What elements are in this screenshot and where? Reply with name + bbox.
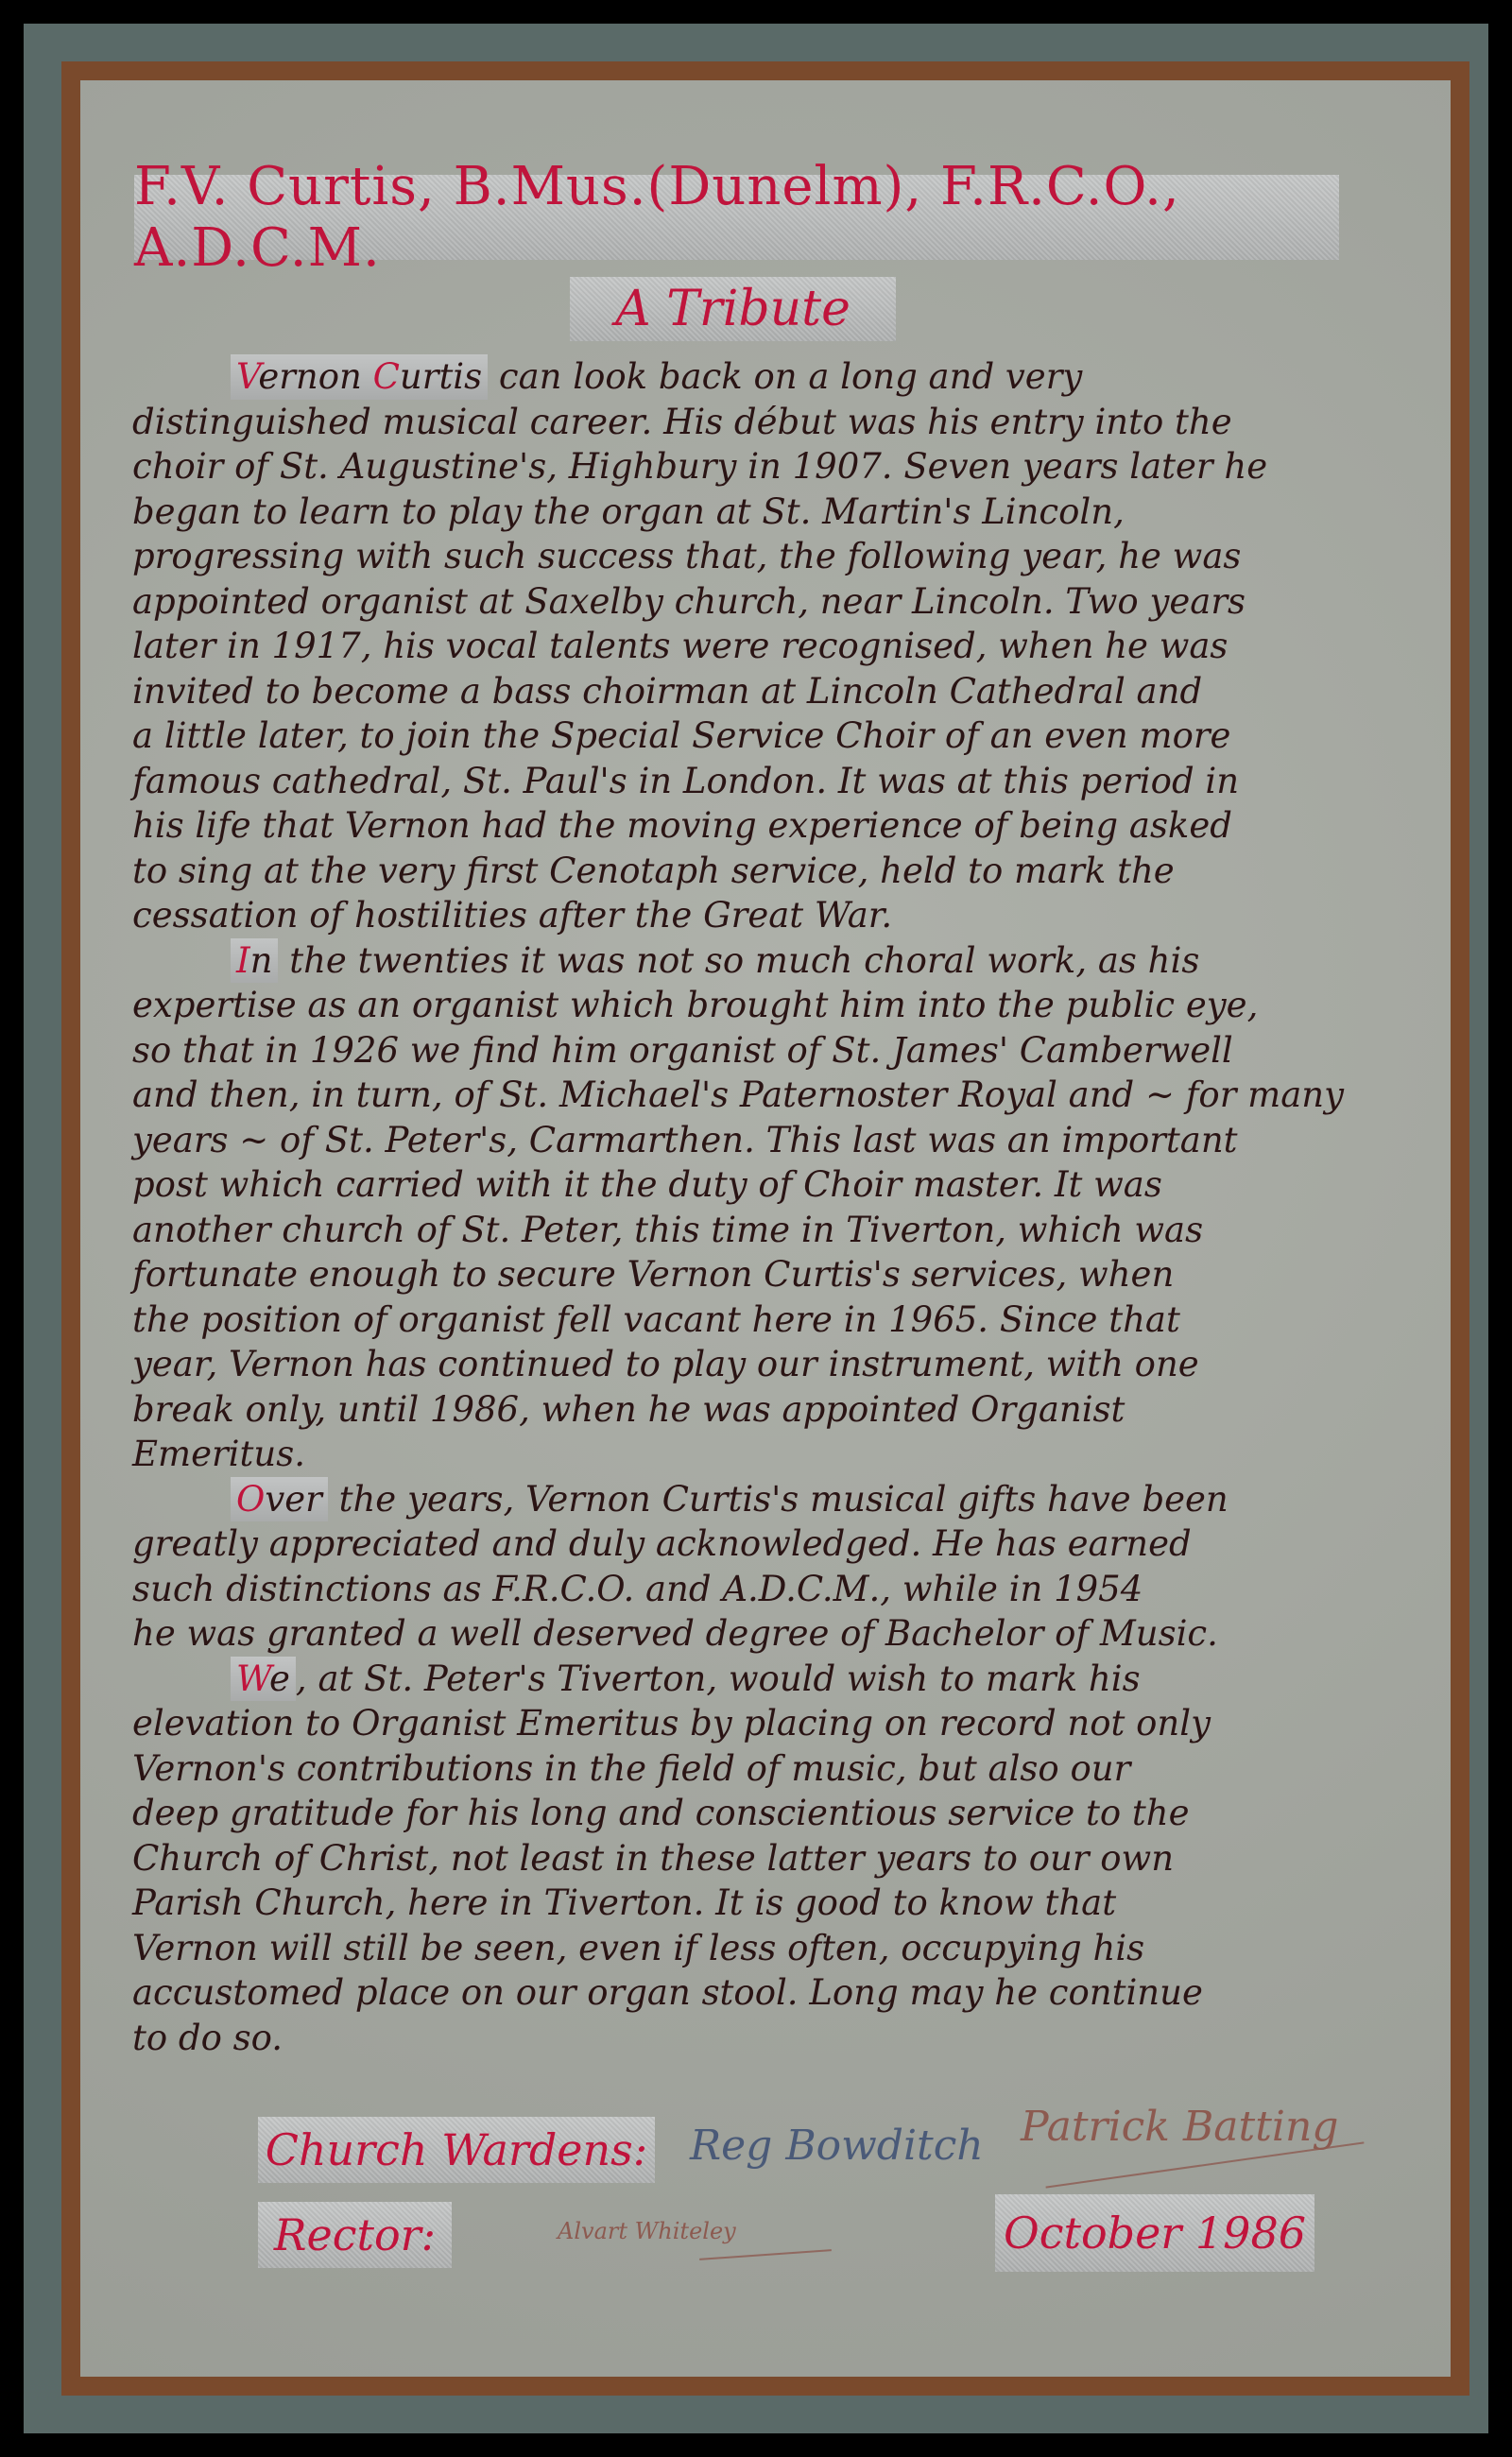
drop-cap: I <box>236 940 250 981</box>
text-line: began to learn to play the organ at St. … <box>132 490 1399 535</box>
text-line: Vernon will still be seen, even if less … <box>132 1926 1399 1971</box>
text-line: break only, until 1986, when he was appo… <box>132 1387 1399 1433</box>
lead-text: ver <box>265 1479 322 1520</box>
text-line: elevation to Organist Emeritus by placin… <box>132 1701 1399 1746</box>
illuminated-lead: In <box>231 938 278 984</box>
text-line: the position of organist fell vacant her… <box>132 1297 1399 1343</box>
lead-text: ernon <box>258 356 372 397</box>
text-line: another church of St. Peter, this time i… <box>132 1208 1399 1253</box>
text-line: appointed organist at Saxelby church, ne… <box>132 579 1399 625</box>
illuminated-lead: Over <box>231 1477 328 1522</box>
paragraph-2: In the twenties it was not so much chora… <box>132 938 1399 1477</box>
warden-signature-1: Reg Bowditch <box>690 2122 984 2170</box>
text-line: famous cathedral, St. Paul's in London. … <box>132 759 1399 804</box>
text-line: Church of Christ, not least in these lat… <box>132 1836 1399 1881</box>
text-line: post which carried with it the duty of C… <box>132 1162 1399 1208</box>
lead-text: n <box>250 940 273 981</box>
text-line: greatly appreciated and duly acknowledge… <box>132 1521 1399 1567</box>
rector-signature: Alvart Whiteley <box>558 2218 736 2244</box>
lead-text: urtis <box>400 356 482 397</box>
text-line: later in 1917, his vocal talents were re… <box>132 624 1399 669</box>
signature-underline <box>699 2249 832 2260</box>
text-line: fortunate enough to secure Vernon Curtis… <box>132 1252 1399 1297</box>
text-line: a little later, to join the Special Serv… <box>132 713 1399 759</box>
text-line: to do so. <box>132 2016 1399 2061</box>
text-line: progressing with such success that, the … <box>132 534 1399 579</box>
tribute-body: Vernon Curtis can look back on a long an… <box>132 354 1399 2060</box>
church-wardens-label: Church Wardens: <box>258 2117 655 2183</box>
text-line: Vernon's contributions in the field of m… <box>132 1746 1399 1792</box>
text-line: distinguished musical career. His début … <box>132 400 1399 445</box>
drop-cap: V <box>236 356 258 397</box>
text-line: Emeritus. <box>132 1432 1399 1477</box>
text-line: Vernon Curtis can look back on a long an… <box>132 354 1399 400</box>
text-line: choir of St. Augustine's, Highbury in 19… <box>132 444 1399 490</box>
illuminated-lead: Vernon Curtis <box>231 354 488 400</box>
drop-cap: O <box>236 1479 265 1520</box>
text-line: year, Vernon has continued to play our i… <box>132 1342 1399 1387</box>
lead-text: e <box>269 1658 290 1699</box>
text-line: such distinctions as F.R.C.O. and A.D.C.… <box>132 1567 1399 1612</box>
text-line: Over the years, Vernon Curtis's musical … <box>132 1477 1399 1522</box>
document-title: F.V. Curtis, B.Mus.(Dunelm), F.R.C.O., A… <box>134 175 1339 260</box>
line-text: can look back on a long and very <box>488 356 1082 397</box>
tribute-document: F.V. Curtis, B.Mus.(Dunelm), F.R.C.O., A… <box>80 80 1451 2377</box>
text-line: years ~ of St. Peter's, Carmarthen. This… <box>132 1118 1399 1163</box>
line-text: , at St. Peter's Tiverton, would wish to… <box>296 1658 1141 1699</box>
rector-label: Rector: <box>258 2202 452 2268</box>
line-text: the years, Vernon Curtis's musical gifts… <box>328 1479 1228 1520</box>
paragraph-1: Vernon Curtis can look back on a long an… <box>132 354 1399 938</box>
text-line: Parish Church, here in Tiverton. It is g… <box>132 1881 1399 1926</box>
text-line: invited to become a bass choirman at Lin… <box>132 669 1399 714</box>
text-line: his life that Vernon had the moving expe… <box>132 803 1399 849</box>
text-line: expertise as an organist which brought h… <box>132 983 1399 1028</box>
text-line: so that in 1926 we find him organist of … <box>132 1028 1399 1074</box>
text-line: to sing at the very first Cenotaph servi… <box>132 849 1399 894</box>
text-line: and then, in turn, of St. Michael's Pate… <box>132 1073 1399 1118</box>
text-line: deep gratitude for his long and conscien… <box>132 1791 1399 1836</box>
date-label: October 1986 <box>995 2194 1314 2272</box>
illuminated-lead: We <box>231 1657 296 1702</box>
paragraph-4: We, at St. Peter's Tiverton, would wish … <box>132 1657 1399 2061</box>
text-line: cessation of hostilities after the Great… <box>132 893 1399 938</box>
drop-cap: W <box>236 1658 269 1699</box>
warden-signature-2: Patrick Batting <box>1021 2103 1338 2151</box>
document-subtitle: A Tribute <box>570 277 896 341</box>
line-text: the twenties it was not so much choral w… <box>278 940 1199 981</box>
text-line: accustomed place on our organ stool. Lon… <box>132 1970 1399 2016</box>
text-line: In the twenties it was not so much chora… <box>132 938 1399 984</box>
text-line: We, at St. Peter's Tiverton, would wish … <box>132 1657 1399 1702</box>
paragraph-3: Over the years, Vernon Curtis's musical … <box>132 1477 1399 1657</box>
text-line: he was granted a well deserved degree of… <box>132 1611 1399 1657</box>
drop-cap: C <box>373 356 400 397</box>
